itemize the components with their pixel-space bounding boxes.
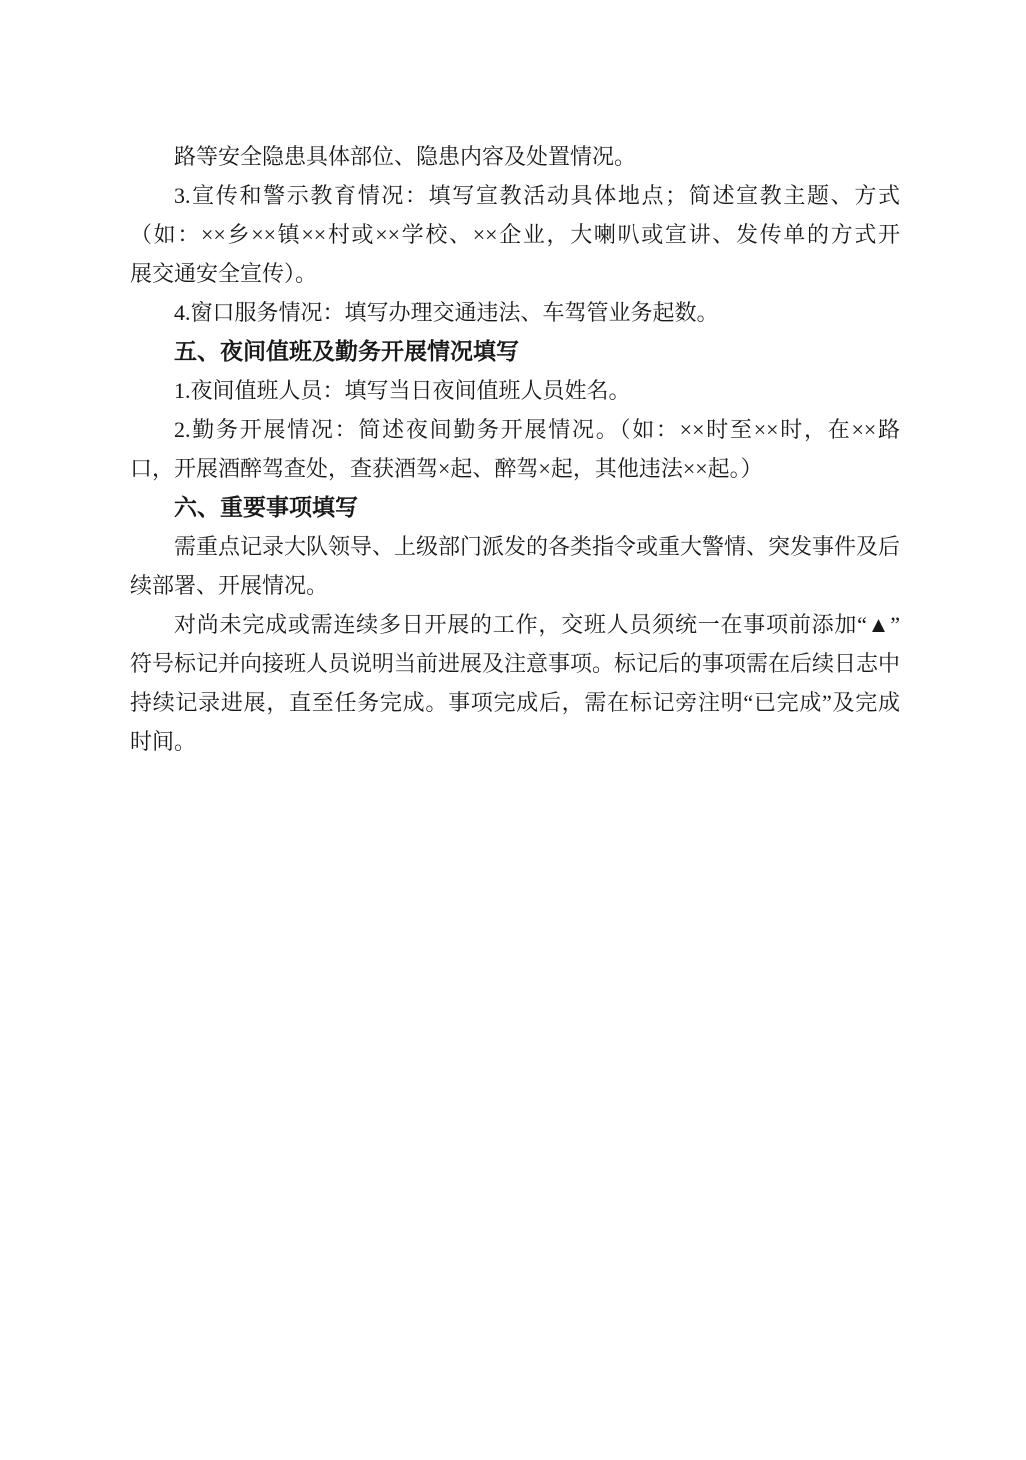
text-line: 时间。 <box>130 722 900 761</box>
document-page: 路等安全隐患具体部位、隐患内容及处置情况。3.宣传和警示教育情况：填写宣教活动具… <box>0 0 1026 1460</box>
text-line: （如：××乡××镇××村或××学校、××企业，大喇叭或宣讲、发传单的方式开 <box>130 215 900 254</box>
text-line: 路等安全隐患具体部位、隐患内容及处置情况。 <box>130 137 900 176</box>
text-line: 续部署、开展情况。 <box>130 566 900 605</box>
text-line: 3.宣传和警示教育情况：填写宣教活动具体地点；简述宣教主题、方式 <box>130 176 900 215</box>
section-heading: 五、夜间值班及勤务开展情况填写 <box>130 332 900 371</box>
section-heading: 六、重要事项填写 <box>130 488 900 527</box>
text-line: 需重点记录大队领导、上级部门派发的各类指令或重大警情、突发事件及后 <box>130 527 900 566</box>
text-line: 符号标记并向接班人员说明当前进展及注意事项。标记后的事项需在后续日志中 <box>130 644 900 683</box>
text-line: 持续记录进展，直至任务完成。事项完成后，需在标记旁注明“已完成”及完成 <box>130 683 900 722</box>
text-line: 4.窗口服务情况：填写办理交通违法、车驾管业务起数。 <box>130 293 900 332</box>
text-line: 展交通安全宣传）。 <box>130 254 900 293</box>
text-line: 口，开展酒醉驾查处，查获酒驾×起、醉驾×起，其他违法××起。） <box>130 449 900 488</box>
text-line: 1.夜间值班人员：填写当日夜间值班人员姓名。 <box>130 371 900 410</box>
text-line: 对尚未完成或需连续多日开展的工作，交班人员须统一在事项前添加“▲” <box>130 605 900 644</box>
document-body: 路等安全隐患具体部位、隐患内容及处置情况。3.宣传和警示教育情况：填写宣教活动具… <box>130 137 900 761</box>
text-line: 2.勤务开展情况：简述夜间勤务开展情况。（如：××时至××时，在××路 <box>130 410 900 449</box>
